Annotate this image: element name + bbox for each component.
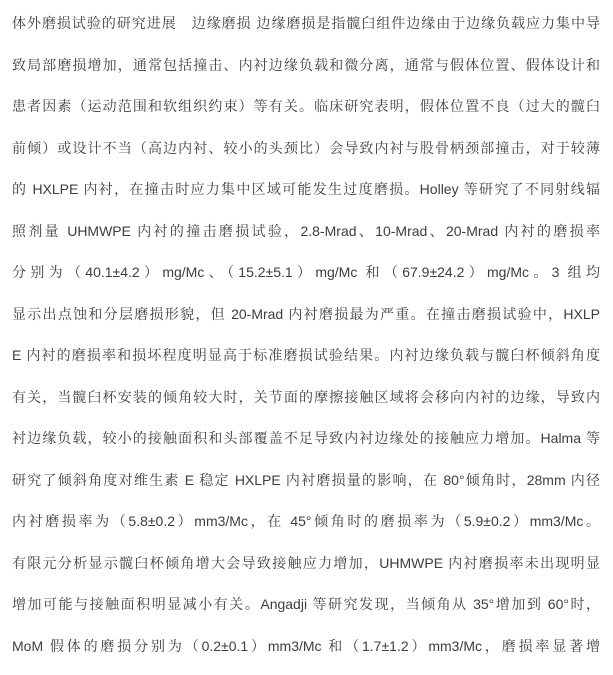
text-line: 研究了倾斜角度对维生素 E 稳定 HXLPE 内衬磨损量的影响，在 80°倾角时… <box>12 460 600 502</box>
text-line: 衬边缘负载，较小的接触面积和头部覆盖不足导致内衬边缘处的接触应力增加。Halma… <box>12 418 600 460</box>
text-line: 体外磨损试验的研究进展 边缘磨损 边缘磨损是指髋臼组件边缘由于边缘负载应力集中导 <box>12 3 600 45</box>
text-line: 显示出点蚀和分层磨损形貌，但 20-Mrad 内衬磨损最为严重。在撞击磨损试验中… <box>12 294 600 336</box>
text-line: MoM 假体的磨损分别为（0.2±0.1）mm3/Mc 和（1.7±1.2）mm… <box>12 626 600 668</box>
text-line: 分别为（40.1±4.2）mg/Mc、（15.2±5.1）mg/Mc 和（67.… <box>12 252 600 294</box>
text-line: 致局部磨损增加，通常包括撞击、内衬边缘负载和微分离，通常与假体位置、假体设计和 <box>12 45 600 87</box>
text-line: 内衬磨损率为（5.8±0.2）mm3/Mc，在 45°倾角时的磨损率为（5.9±… <box>12 501 600 543</box>
text-line: 前倾）或设计不当（高边内衬、较小的头颈比）会导致内衬与股骨柄颈部撞击，对于较薄 <box>12 128 600 170</box>
text-line: 有关，当髋臼杯安装的倾角较大时，关节面的摩擦接触区域将会移向内衬的边缘，导致内 <box>12 377 600 419</box>
text-line: E 内衬的磨损率和损坏程度明显高于标准磨损试验结果。内衬边缘负载与髋臼杯倾斜角度 <box>12 335 600 377</box>
text-line: 有限元分析显示髋臼杯倾角增大会导致接触应力增加，UHMWPE 内衬磨损率未出现明… <box>12 543 600 585</box>
text-line: 的 HXLPE 内衬，在撞击时应力集中区域可能发生过度磨损。Holley 等研究… <box>12 169 600 211</box>
text-line: 增加可能与接触面积明显减小有关。Angadji 等研究发现，当倾角从 35°增加… <box>12 584 600 626</box>
text-line: 照剂量 UHMWPE 内衬的撞击磨损试验，2.8-Mrad、10-Mrad、20… <box>12 211 600 253</box>
document-body: 体外磨损试验的研究进展 边缘磨损 边缘磨损是指髋臼组件边缘由于边缘负载应力集中导… <box>12 3 600 667</box>
text-line: 患者因素（运动范围和软组织约束）等有关。临床研究表明，假体位置不良（过大的髋臼 <box>12 86 600 128</box>
document-page: 体外磨损试验的研究进展 边缘磨损 边缘磨损是指髋臼组件边缘由于边缘负载应力集中导… <box>0 0 613 675</box>
